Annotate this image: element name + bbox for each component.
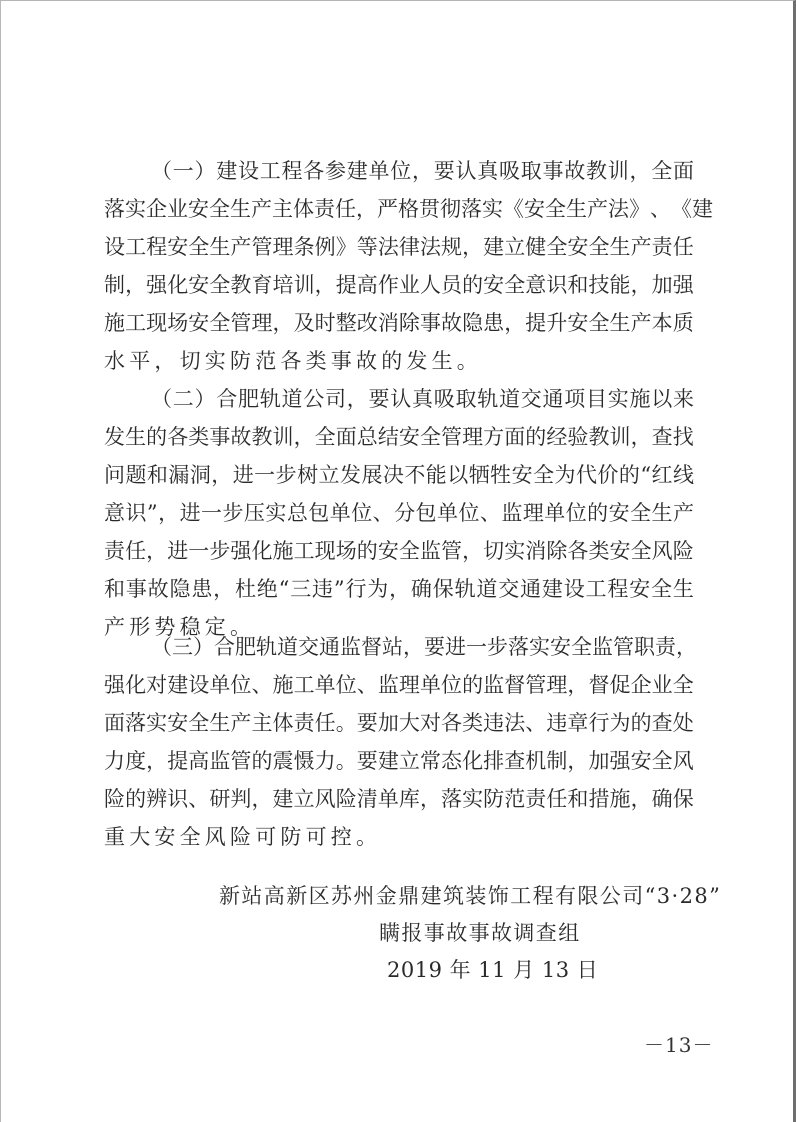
paragraph-line: 设工程安全生产管理条例》等法律法规，建立健全安全生产责任 [104,228,694,266]
document-page: （一）建设工程各参建单位，要认真吸取事故教训，全面 落实企业安全生产主体责任，严… [0,0,796,1122]
paragraph-line: 发生的各类事故教训，全面总结安全管理方面的经验教训，查找 [104,418,694,456]
paragraph-line: 落实企业安全生产主体责任，严格贯彻落实《安全生产法》、《建 [104,190,694,228]
paragraph-line: （三）合肥轨道交通监督站，要进一步落实安全监管职责， [151,628,694,666]
signature-group: 瞒报事故事故调查组 [379,914,581,952]
paragraph-line: （二）合肥轨道公司，要认真吸取轨道交通项目实施以来 [151,380,694,418]
paragraph-line: 问题和漏洞，进一步树立发展决不能以牺牲安全为代价的“红线 [104,456,694,494]
page-number: －13－ [644,1031,713,1059]
signature-organization: 新站高新区苏州金鼎建筑装饰工程有限公司“3·28” [219,877,721,915]
paragraph-line: 面落实安全生产主体责任。要加大对各类违法、违章行为的查处 [104,704,694,742]
paragraph-line: 施工现场安全管理，及时整改消除事故隐患，提升安全生产本质 [104,304,694,342]
paragraph-line: 意识”，进一步压实总包单位、分包单位、监理单位的安全生产 [104,494,694,532]
paragraph-line: 险的辨识、研判，建立风险清单库，落实防范责任和措施，确保 [104,780,694,818]
paragraph-line: 水平，切实防范各类事故的发生。 [104,342,694,380]
paragraph-line: 力度，提高监管的震慑力。要建立常态化排查机制，加强安全风 [104,742,694,780]
paragraph-line: 重大安全风险可防可控。 [104,818,694,856]
signature-date: 2019 年 11 月 13 日 [387,951,598,989]
paragraph-line: 制，强化安全教育培训，提高作业人员的安全意识和技能，加强 [104,266,694,304]
paragraph-line: 和事故隐患，杜绝“三违”行为，确保轨道交通建设工程安全生 [104,570,694,608]
paragraph-line: 责任，进一步强化施工现场的安全监管，切实消除各类安全风险 [104,532,694,570]
paragraph-line: （一）建设工程各参建单位，要认真吸取事故教训，全面 [151,152,694,190]
paragraph-line: 强化对建设单位、施工单位、监理单位的监督管理，督促企业全 [104,666,694,704]
